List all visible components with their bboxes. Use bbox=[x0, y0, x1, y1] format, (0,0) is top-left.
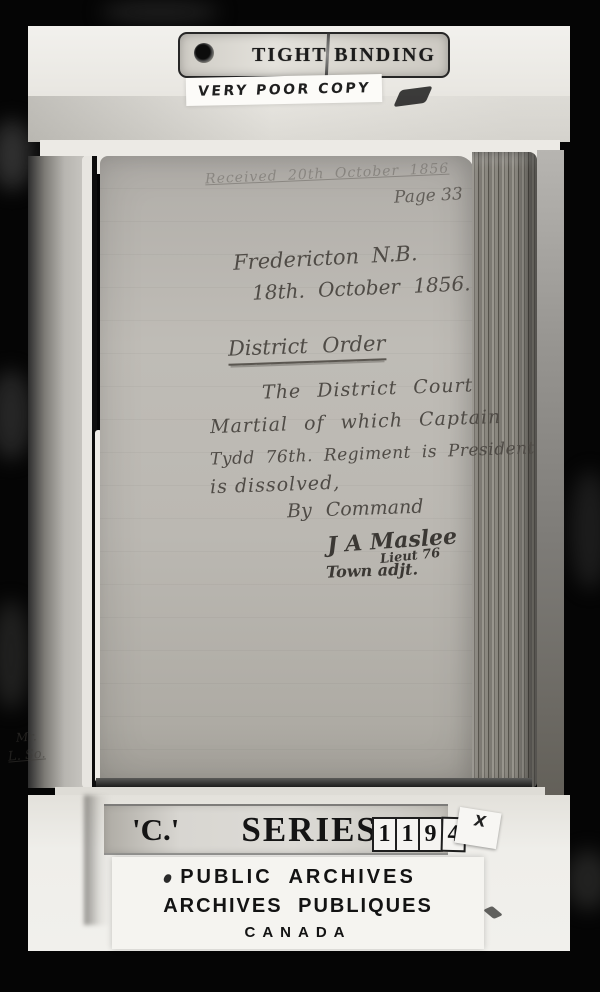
x-mark: X bbox=[467, 812, 488, 847]
volume-digit: 9 bbox=[418, 817, 443, 852]
series-word: SERIES bbox=[241, 810, 378, 850]
archives-line-english: PUBLIC ARCHIVES bbox=[180, 866, 416, 889]
left-page-sliver bbox=[28, 156, 84, 788]
order-heading: District Order bbox=[228, 331, 386, 365]
backdrop-right-of-book bbox=[537, 150, 564, 795]
microfilm-frame: TIGHT BINDING VERY POOR COPY Received 20… bbox=[0, 0, 600, 992]
signature-role: Town adjt. bbox=[326, 559, 419, 581]
very-poor-copy-text: VERY POOR COPY bbox=[197, 80, 371, 100]
book-bottom-edge bbox=[96, 778, 532, 787]
frame-smudge bbox=[570, 470, 600, 590]
archives-line-french: ARCHIVES PUBLIQUES bbox=[163, 895, 433, 918]
series-letter: 'C.' bbox=[132, 812, 179, 848]
tight-binding-text: TIGHT BINDING bbox=[252, 44, 448, 67]
ink-speck bbox=[163, 873, 172, 884]
page-edge-stack bbox=[472, 152, 537, 788]
body-line: is dissolved, bbox=[210, 472, 341, 499]
top-label-panel: TIGHT BINDING VERY POOR COPY bbox=[28, 26, 570, 142]
volume-number: 1 1 9 4 bbox=[372, 817, 466, 852]
volume-digit: 1 bbox=[372, 817, 397, 852]
margin-mark: Mr. bbox=[16, 729, 37, 744]
public-archives-card: PUBLIC ARCHIVES ARCHIVES PUBLIQUES CANAD… bbox=[112, 857, 484, 949]
frame-smudge bbox=[100, 2, 220, 22]
punch-hole-icon bbox=[194, 43, 214, 63]
tight-binding-label: TIGHT BINDING bbox=[178, 32, 450, 78]
archives-line-canada: CANADA bbox=[245, 924, 352, 941]
frame-smudge bbox=[0, 600, 30, 710]
x-mark-card: X bbox=[454, 807, 501, 849]
very-poor-copy-strip: VERY POOR COPY bbox=[186, 74, 383, 106]
page-number: Page 33 bbox=[394, 184, 464, 208]
frame-smudge bbox=[566, 850, 600, 910]
volume-digit: 1 bbox=[395, 817, 420, 852]
